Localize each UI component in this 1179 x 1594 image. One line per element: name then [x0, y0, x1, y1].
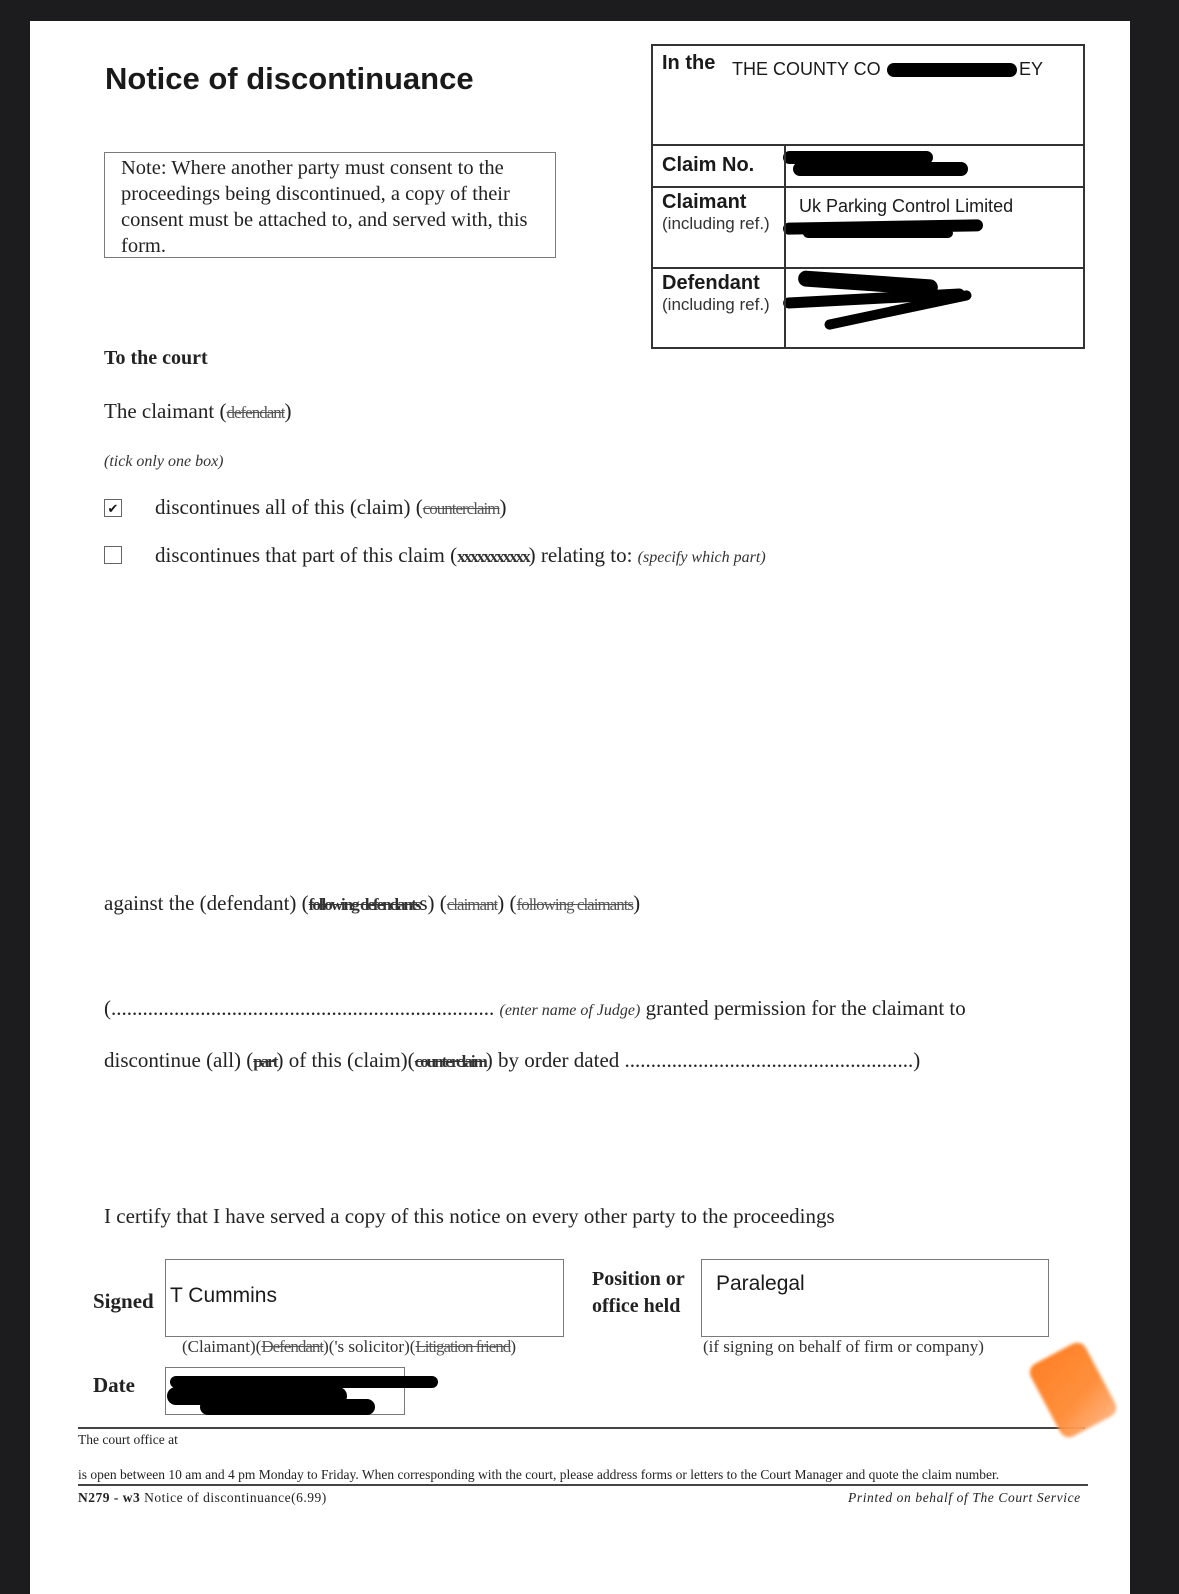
printed-by: Printed on behalf of The Court Service: [848, 1490, 1081, 1506]
checkmark-icon: ✔: [108, 502, 119, 515]
footer-underline: [78, 1484, 1088, 1486]
position-label-line2: office held: [592, 1293, 685, 1320]
claimant-sublabel: (including ref.): [662, 214, 770, 234]
consent-note-box: Note: Where another party must consent t…: [104, 152, 556, 258]
defendant-row: Defendant (including ref.): [653, 269, 1083, 349]
option-all-text: discontinues all of this (claim) (: [155, 495, 423, 519]
claim-no-row: Claim No.: [653, 146, 1083, 188]
caption-close: ): [510, 1337, 516, 1356]
certify-statement: I certify that I have served a copy of t…: [104, 1204, 835, 1229]
party-close: ): [284, 399, 291, 423]
caption-solicitor: )('s solicitor)(: [323, 1337, 415, 1356]
struck-litigation-friend: Litigation friend: [415, 1337, 510, 1356]
struck-claimant: claimant: [447, 895, 498, 914]
consent-note-text: Note: Where another party must consent t…: [121, 157, 528, 257]
redaction-claimant-ref-2: [803, 228, 953, 238]
judge-hint: (enter name of Judge): [500, 1002, 641, 1019]
opening-hours: is open between 10 am and 4 pm Monday to…: [78, 1467, 999, 1483]
signed-field[interactable]: T Cummins: [165, 1259, 564, 1337]
form-code-name: Notice of discontinuance(6.99): [140, 1490, 326, 1505]
defendant-sublabel: (including ref.): [662, 295, 770, 315]
position-value: Paralegal: [716, 1272, 805, 1296]
struck-following-defendants: following defendants: [309, 895, 420, 914]
struck-defendant-caption: Defendant: [261, 1337, 323, 1356]
against-mid: s) (: [419, 891, 446, 915]
claimant-value: Uk Parking Control Limited: [799, 196, 1013, 217]
order-prefix: discontinue (all) (: [104, 1048, 253, 1072]
court-name: THE COUNTY CO: [732, 59, 881, 80]
against-line: against the (defendant) (following defen…: [104, 891, 640, 916]
party-text: The claimant (: [104, 399, 226, 423]
position-label-line1: Position or: [592, 1266, 685, 1293]
table-divider: [784, 146, 786, 347]
claimant-row: Claimant (including ref.) Uk Parking Con…: [653, 188, 1083, 269]
position-caption: (if signing on behalf of firm or company…: [703, 1337, 984, 1357]
claim-no-label: Claim No.: [662, 154, 754, 177]
order-suffix: ) by order dated .......................…: [486, 1048, 921, 1072]
order-mid: ) of this (claim)(: [276, 1048, 414, 1072]
court-row: In the THE COUNTY CO EY: [653, 46, 1083, 146]
tick-instruction: (tick only one box): [104, 453, 224, 471]
struck-part: part: [253, 1052, 276, 1071]
option-part-close: ) relating to:: [529, 543, 638, 567]
checkbox-discontinue-all[interactable]: ✔: [104, 499, 122, 517]
to-the-court-heading: To the court: [104, 347, 208, 370]
judge-suffix: granted permission for the claimant to: [640, 996, 965, 1020]
checkbox-discontinue-part[interactable]: [104, 546, 122, 564]
claimant-label: Claimant: [662, 191, 746, 214]
option-discontinue-part: discontinues that part of this claim (xx…: [155, 543, 766, 568]
judge-dots: (.......................................…: [104, 996, 500, 1020]
footer-divider: [78, 1427, 1085, 1429]
date-label: Date: [93, 1373, 135, 1398]
in-the-label: In the: [662, 52, 715, 75]
order-line: discontinue (all) (part) of this (claim)…: [104, 1048, 920, 1073]
court-name-suffix: EY: [1019, 59, 1043, 80]
position-field[interactable]: Paralegal: [701, 1259, 1049, 1337]
signed-label: Signed: [93, 1289, 154, 1314]
against-close: ): [633, 891, 640, 915]
party-line: The claimant (defendant): [104, 399, 291, 424]
signed-caption: (Claimant)(Defendant)('s solicitor)(Liti…: [182, 1337, 516, 1357]
judge-line: (.......................................…: [104, 996, 966, 1021]
struck-defendant: defendant: [226, 403, 284, 422]
document-page: Notice of discontinuance Note: Where ano…: [30, 21, 1130, 1594]
option-part-text: discontinues that part of this claim (: [155, 543, 457, 567]
signed-value: T Cummins: [170, 1284, 277, 1308]
court-office-label: The court office at: [78, 1432, 178, 1448]
struck-counterclaim-2: xxxxxxxxxxx: [457, 547, 529, 566]
caption-claimant: (Claimant)(: [182, 1337, 261, 1356]
struck-counterclaim-3: counterclaim: [415, 1052, 486, 1071]
option-discontinue-all: discontinues all of this (claim) (counte…: [155, 495, 506, 520]
option-all-close: ): [499, 495, 506, 519]
redaction-claim-no-2: [793, 162, 968, 176]
struck-counterclaim: counterclaim: [423, 499, 500, 518]
court-name-visible: THE COUNTY CO: [732, 59, 881, 79]
against-prefix: against the (defendant) (: [104, 891, 309, 915]
redaction-date-3: [200, 1399, 375, 1415]
form-code: N279 - w3 Notice of discontinuance(6.99): [78, 1490, 327, 1506]
specify-hint: (specify which part): [638, 549, 766, 566]
form-title: Notice of discontinuance: [105, 61, 474, 97]
defendant-label: Defendant: [662, 272, 760, 295]
case-header-table: In the THE COUNTY CO EY Claim No. Claima…: [651, 44, 1085, 349]
against-mid2: ) (: [497, 891, 516, 915]
form-code-id: N279 - w3: [78, 1490, 140, 1505]
redaction-court-name: [887, 63, 1017, 77]
position-label: Position or office held: [592, 1266, 685, 1320]
struck-following-claimants: following claimants: [517, 895, 634, 914]
